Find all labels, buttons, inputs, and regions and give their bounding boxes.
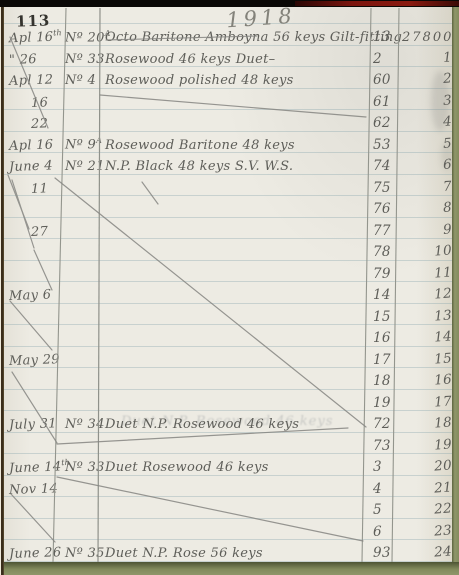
count-cell: 2 [402,70,456,90]
date-cell: Apl 12 [9,72,65,89]
date-cell-superscript: th [53,28,62,37]
count-cell: 1 [402,49,456,69]
ledger-row: 7810 [3,240,453,262]
serial-cell: 76 [373,201,399,217]
count-cell: 14 [402,328,456,348]
count-cell: 22 [402,500,456,520]
ledger-row: 7911 [3,262,453,284]
ledger-row: 768 [3,197,453,219]
serial-cell: 61 [373,94,399,110]
serial-cell: 79 [373,266,399,282]
scan-top-red-band [295,1,459,6]
date-cell: June 26 [9,545,65,562]
ledger-row: 623 [3,520,453,542]
ledger-row: Apl 12Nº 4Rosewood polished 48 keys602 [3,68,453,90]
scan-border-bottom [0,562,459,575]
serial-cell: 60 [373,72,399,88]
ledger-row: 1513 [3,305,453,327]
count-cell: 15 [402,350,456,370]
serial-cell: 62 [373,115,399,131]
model-number-cell: Nº 33 [65,460,103,475]
description-cell: Duet N.P. Rose 56 keys [105,546,371,561]
date-cell: July 31 [9,416,65,433]
ledger-rows: Apl 16thNº 20AOcto Baritone Amboyna 56 k… [3,6,453,564]
count-cell: 18 [402,414,456,434]
description-cell: Duet N.P. Rosewood 46 keys [105,417,371,432]
count-cell: 20 [402,457,456,477]
serial-cell: 77 [373,223,399,239]
serial-cell: 75 [373,180,399,196]
serial-cell: 18 [373,373,399,389]
scan-border-right [452,0,459,575]
serial-cell: 14 [373,287,399,303]
ledger-row: June 14thNº 33Duet Rosewood 46 keys320 [3,455,453,477]
count-cell: 21 [402,479,456,499]
count-cell: 5 [402,135,456,155]
ledger-row: 16613 [3,90,453,112]
count-cell: 13 [402,307,456,327]
serial-cell: 17 [373,352,399,368]
scan-border-left [0,0,4,575]
count-cell: 7 [402,178,456,198]
ledger-row: 1614 [3,326,453,348]
date-cell: " 26 [9,51,65,68]
ledger-row: 7319 [3,434,453,456]
ledger-row: 1917 [3,391,453,413]
count-cell: 8 [402,199,456,219]
ledger-row: June 26Nº 35Duet N.P. Rose 56 keys9324 [3,541,453,563]
count-cell: 19 [402,436,456,456]
date-cell: Nov 14 [9,481,65,498]
ledger-row: 522 [3,498,453,520]
serial-cell: 2 [373,51,399,67]
serial-cell: 78 [373,244,399,260]
date-cell: 11 [31,180,87,197]
description-cell: Rosewood polished 48 keys [105,73,371,88]
count-cell: 27800 [402,30,453,45]
serial-cell: 6 [373,524,399,540]
count-cell: 23 [402,522,456,542]
description-cell: N.P. Black 48 keys S.V. W.S. [105,159,371,174]
description-cell: Duet Rosewood 46 keys [105,460,371,475]
count-cell: 6 [402,156,456,176]
count-cell: 17 [402,393,456,413]
ledger-row: 1816 [3,369,453,391]
ledger-row: Nov 14421 [3,477,453,499]
ledger-row: Apl 16Nº 9ARosewood Baritone 48 keys535 [3,133,453,155]
ledger-row: July 31Nº 34Duet N.P. Rosewood 46 keys72… [3,412,453,434]
ledger-row: 22624 [3,111,453,133]
ledger-row: May 61412 [3,283,453,305]
description-cell: Rosewood Baritone 48 keys [105,138,371,153]
model-number-cell: Nº 9A [65,136,103,152]
description-cell: Rosewood 46 keys Duet– [105,52,371,67]
ledger-scan: 113 1918 Duet N.P. Rosewood 46 keys Apl … [0,0,459,575]
serial-cell: 15 [373,309,399,325]
count-cell: 9 [402,221,456,241]
serial-cell: 74 [373,158,399,174]
serial-cell: 16 [373,330,399,346]
serial-cell: 73 [373,438,399,454]
ledger-row: May 291715 [3,348,453,370]
count-cell: 16 [402,371,456,391]
date-cell: May 6 [9,287,65,304]
model-number-cell-superscript: A [96,136,102,145]
model-number-cell: Nº 4 [65,73,103,88]
model-number-cell: Nº 35 [65,546,103,561]
count-cell: 12 [402,285,456,305]
date-cell: June 14th [9,458,66,476]
model-number-cell: Nº 21 [65,159,103,174]
serial-cell: 5 [373,502,399,518]
date-cell: May 29 [9,352,65,369]
date-cell: 27 [31,223,87,240]
serial-cell: 13 [373,29,399,45]
ledger-page: 113 1918 Duet N.P. Rosewood 46 keys Apl … [3,6,453,564]
ledger-row: June 4Nº 21N.P. Black 48 keys S.V. W.S.7… [3,154,453,176]
description-cell: Octo Baritone Amboyna 56 keys Gilt-fitti… [105,30,371,45]
page-number: 113 [16,11,51,30]
count-cell: 11 [402,264,456,284]
serial-cell: 3 [373,459,399,475]
count-cell: 10 [402,242,456,262]
date-cell: 16 [31,94,87,111]
ledger-row: " 26Nº 33Rosewood 46 keys Duet–21 [3,47,453,69]
model-number-cell: Nº 33 [65,52,103,67]
count-cell: 3 [402,92,456,112]
count-cell: 24 [402,543,456,563]
model-number-cell: Nº 34 [65,417,103,432]
model-number-cell: Nº 20A [65,29,103,45]
serial-cell: 53 [373,137,399,153]
serial-cell: 72 [373,416,399,432]
serial-cell: 19 [373,395,399,411]
serial-cell: 4 [373,481,399,497]
date-cell: Apl 16 [9,137,65,154]
ledger-row: 11757 [3,176,453,198]
count-cell: 4 [402,113,456,133]
date-cell: 22 [31,115,87,132]
date-cell: June 4 [9,158,65,175]
serial-cell: 93 [373,545,399,561]
ledger-row: 27779 [3,219,453,241]
